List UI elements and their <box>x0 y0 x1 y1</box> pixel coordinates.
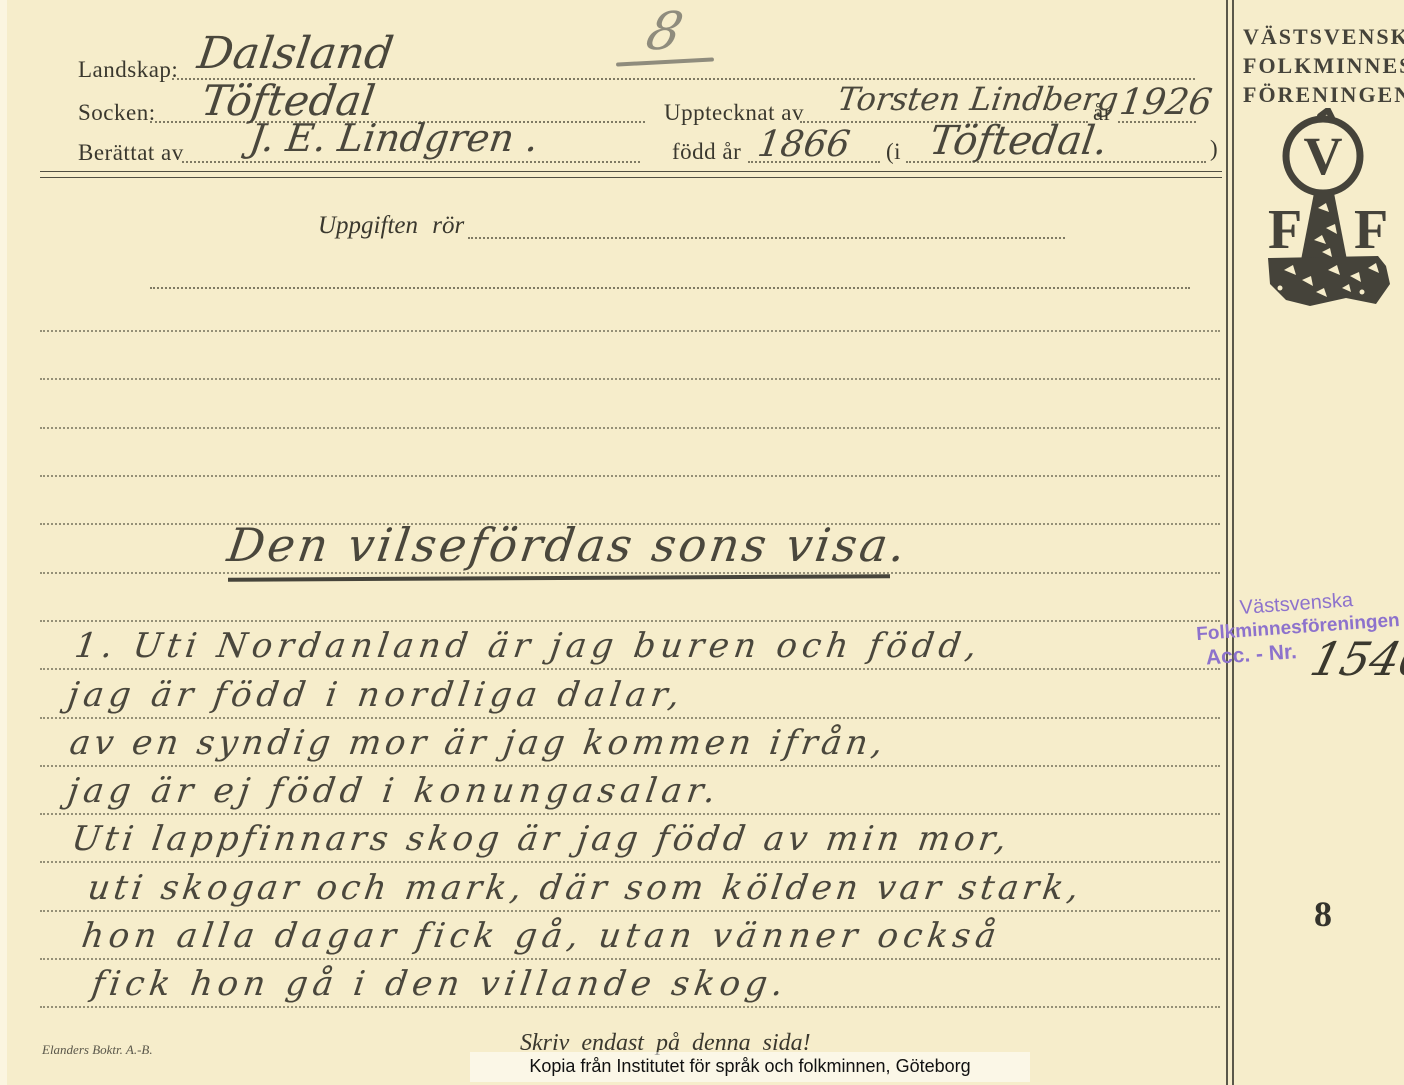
berattat-av-value: J. E. Lindgren . <box>247 116 541 160</box>
ruled-line <box>40 427 1220 429</box>
song-title-underline <box>228 574 890 581</box>
verse-line: 1. Uti Nordanland är jag buren och född, <box>72 626 984 666</box>
born-in-close-paren: ) <box>1210 136 1218 162</box>
verse-line: Uti lappfinnars skog är jag född av min … <box>69 819 1013 859</box>
ar-value: 1926 <box>1117 82 1214 123</box>
ruled-line <box>40 572 1220 574</box>
header-double-rule <box>40 171 1222 178</box>
socken-label: Socken: <box>78 100 156 126</box>
ruled-line <box>40 1006 1220 1008</box>
paper-edge <box>0 0 7 1085</box>
society-name-line2: FOLKMINNES= <box>1243 51 1404 80</box>
landskap-label: Landskap: <box>78 57 178 83</box>
berattat-av-label: Berättat av <box>78 140 184 166</box>
ruled-line <box>40 378 1220 380</box>
vff-logo: V F F <box>1250 108 1395 323</box>
society-name-line1: VÄSTSVENSKA <box>1243 22 1404 51</box>
accession-number: 1546 <box>1305 632 1404 686</box>
column-divider-inner <box>1232 0 1234 1085</box>
ruled-line <box>40 475 1220 477</box>
uppgiften-ror-label: Uppgiften rör <box>318 212 464 240</box>
upptecknat-av-label: Upptecknat av <box>664 100 804 126</box>
uppgiften-ror-line <box>468 237 1065 239</box>
svg-text:F: F <box>1354 199 1388 261</box>
landskap-value: Dalsland <box>194 28 396 79</box>
ruled-line <box>40 958 1220 960</box>
svg-text:F: F <box>1268 199 1302 261</box>
upptecknat-av-value: Torsten Lindberg <box>835 80 1121 118</box>
ruled-line <box>40 910 1220 912</box>
ruled-line <box>40 861 1220 863</box>
archive-card-scan: Landskap: Dalsland Socken: Töftedal Berä… <box>0 0 1404 1085</box>
verse-line: av en syndig mor är jag kommen ifrån, <box>67 723 889 763</box>
thors-hammer-logo-icon: V F F <box>1250 108 1395 318</box>
pencil-page-number: 8 <box>641 2 689 62</box>
verse-line: uti skogar och mark, där som kölden var … <box>85 868 1085 908</box>
song-title: Den vilsefördas sons visa. <box>224 518 912 572</box>
society-name: VÄSTSVENSKA FOLKMINNES= FÖRENINGEN <box>1243 22 1404 109</box>
printer-credit: Elanders Boktr. A.-B. <box>42 1042 153 1058</box>
fodd-ar-value: 1866 <box>755 124 852 165</box>
society-name-line3: FÖRENINGEN <box>1243 80 1404 109</box>
svg-text:V: V <box>1304 126 1343 186</box>
verse-line: hon alla dagar fick gå, utan vänner ocks… <box>79 916 1003 956</box>
ruled-line <box>40 717 1220 719</box>
archive-caption: Kopia från Institutet för språk och folk… <box>470 1056 1030 1077</box>
uppgiften-ror-line2 <box>150 287 1190 289</box>
born-in-open-paren: (i <box>886 139 901 165</box>
ruled-line <box>40 668 1220 670</box>
verse-line: jag är ej född i konungasalar. <box>65 771 723 811</box>
fodd-ar-label: född år <box>672 139 741 165</box>
column-divider-outer <box>1226 0 1228 1085</box>
ruled-line <box>40 330 1220 332</box>
berattat-av-line <box>182 161 640 163</box>
printed-page-number: 8 <box>1314 893 1332 935</box>
verse-line: fick hon gå i den villande skog. <box>89 964 791 1004</box>
born-in-value: Töftedal. <box>927 118 1111 164</box>
ruled-line <box>40 813 1220 815</box>
verse-line: jag är född i nordliga dalar, <box>65 675 687 715</box>
ruled-line <box>40 765 1220 767</box>
ruled-line <box>40 620 1220 622</box>
